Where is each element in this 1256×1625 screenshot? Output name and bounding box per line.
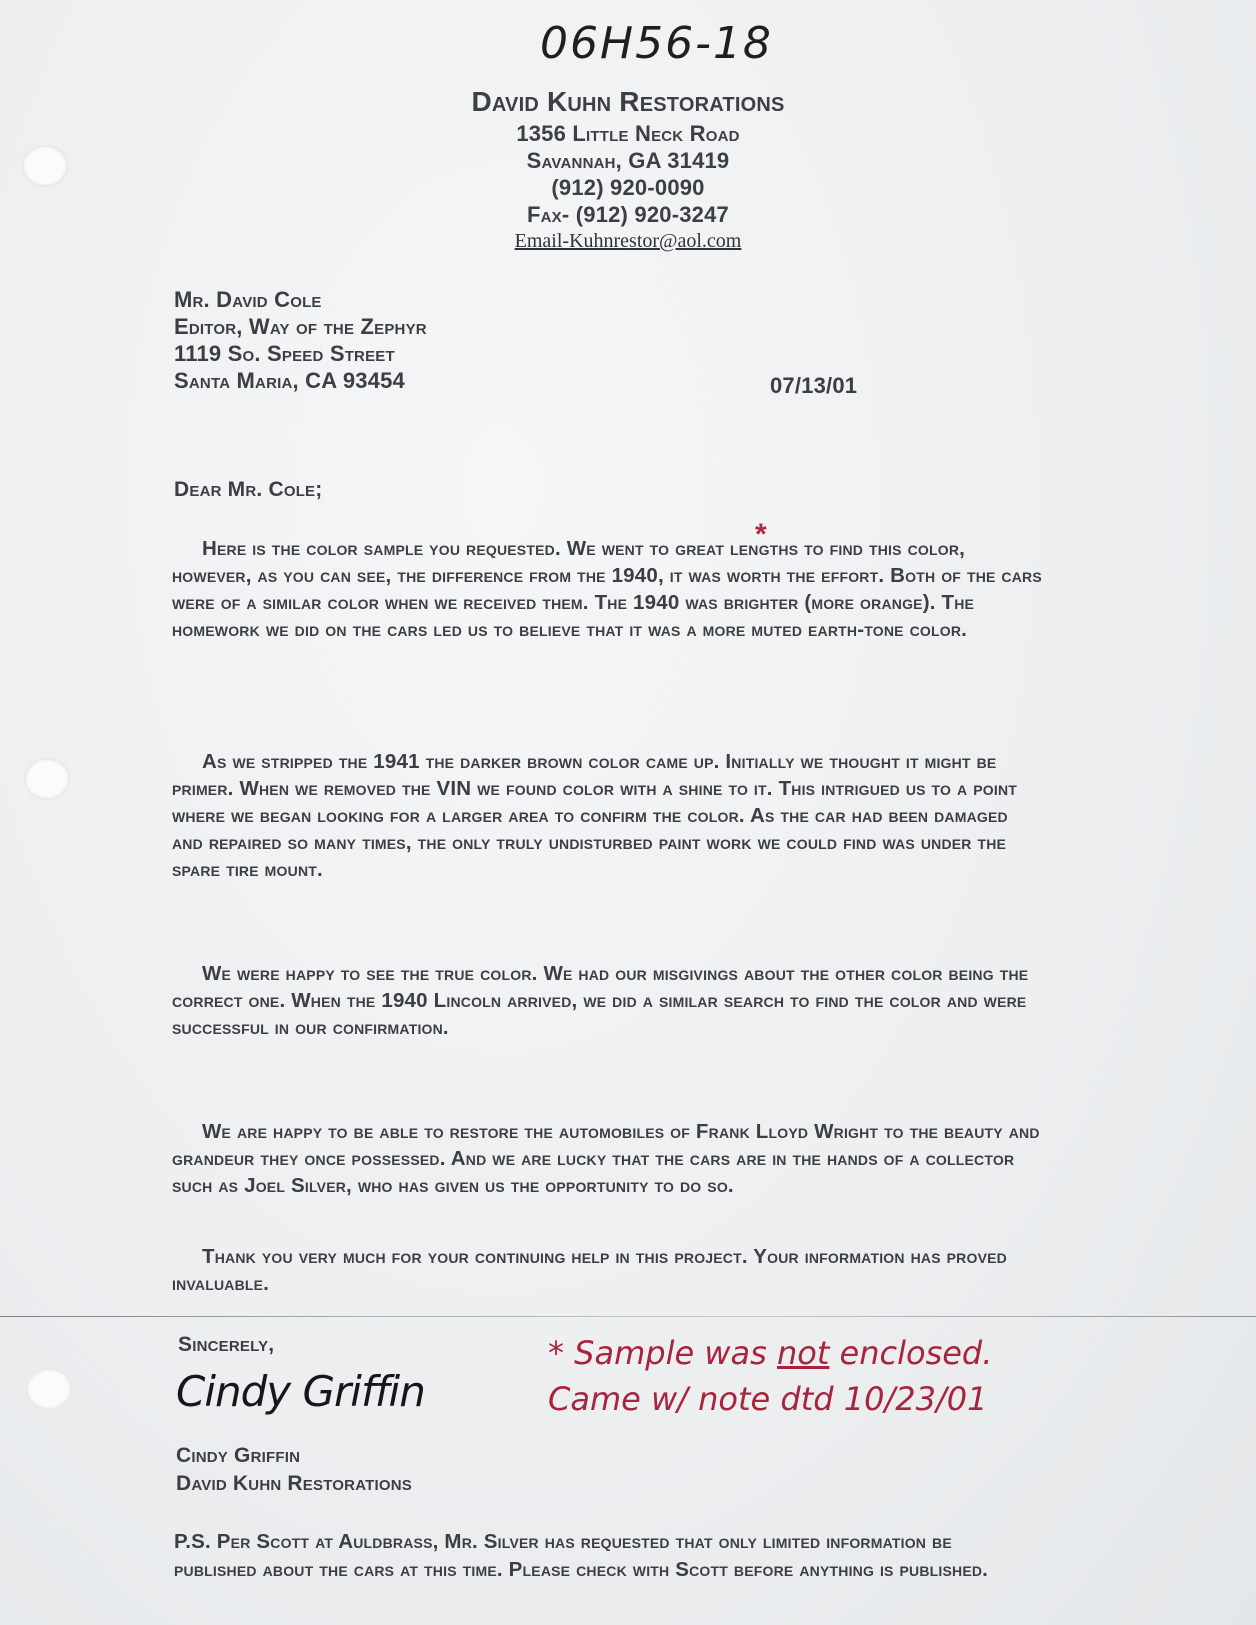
punch-hole xyxy=(26,1368,72,1410)
paragraph-2: As we stripped the 1941 the darker brown… xyxy=(172,748,1042,883)
recipient-address: Mr. David Cole Editor, Way of the Zephyr… xyxy=(174,286,427,394)
signer-company: David Kuhn Restorations xyxy=(176,1470,412,1498)
note-text: enclosed. xyxy=(829,1334,992,1372)
paragraph-3: We were happy to see the true color. We … xyxy=(172,960,1042,1041)
signer-name: Cindy Griffin xyxy=(176,1442,412,1470)
paragraph-4: We are happy to be able to restore the a… xyxy=(172,1118,1042,1199)
letterhead: David Kuhn Restorations 1356 Little Neck… xyxy=(0,84,1256,254)
salutation: Dear Mr. Cole; xyxy=(174,478,322,502)
email-link[interactable]: Email-Kuhnrestor@aol.com xyxy=(0,228,1256,254)
fax-number: Fax- (912) 920-3247 xyxy=(0,201,1256,228)
punch-hole xyxy=(24,758,70,800)
postscript: P.S. Per Scott at Auldbrass, Mr. Silver … xyxy=(174,1528,1034,1584)
phone-number: (912) 920-0090 xyxy=(0,174,1256,201)
address-line-1: 1356 Little Neck Road xyxy=(0,120,1256,147)
fold-line xyxy=(0,1316,1256,1317)
note-text: * Sample was xyxy=(548,1334,777,1372)
letter-page: 06H56-18 David Kuhn Restorations 1356 Li… xyxy=(0,0,1256,1625)
recipient-name: Mr. David Cole xyxy=(174,286,427,313)
company-name: David Kuhn Restorations xyxy=(0,84,1256,120)
note-emphasis: not xyxy=(777,1334,829,1372)
paragraph-5: Thank you very much for your continuing … xyxy=(172,1243,1042,1297)
signer-block: Cindy Griffin David Kuhn Restorations xyxy=(176,1442,412,1498)
handwritten-document-id: 06H56-18 xyxy=(540,18,773,69)
signature: Cindy Griffin xyxy=(176,1367,425,1416)
handwritten-note: * Sample was not enclosed. Came w/ note … xyxy=(548,1330,992,1422)
recipient-city: Santa Maria, CA 93454 xyxy=(174,367,427,394)
recipient-street: 1119 So. Speed Street xyxy=(174,340,427,367)
note-line-2: Came w/ note dtd 10/23/01 xyxy=(548,1376,992,1422)
recipient-title: Editor, Way of the Zephyr xyxy=(174,313,427,340)
paragraph-1: Here is the color sample you requested. … xyxy=(172,535,1042,643)
address-line-2: Savannah, GA 31419 xyxy=(0,147,1256,174)
closing: Sincerely, xyxy=(178,1333,274,1357)
letter-date: 07/13/01 xyxy=(770,373,857,399)
note-line-1: * Sample was not enclosed. xyxy=(548,1330,992,1376)
